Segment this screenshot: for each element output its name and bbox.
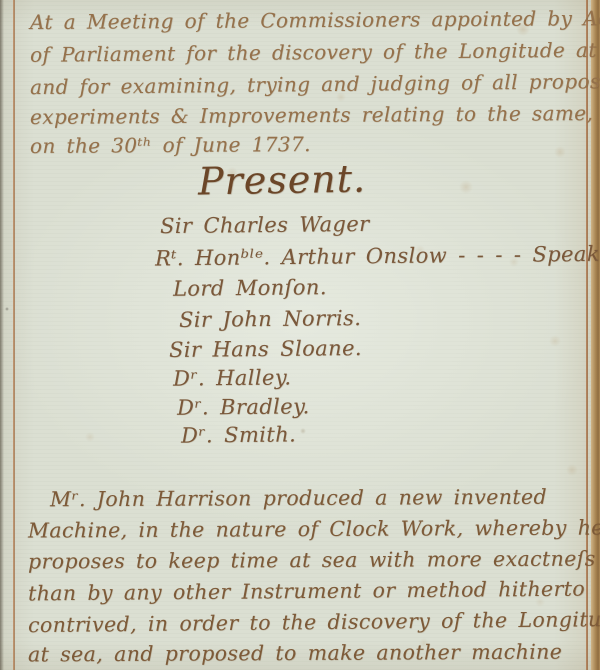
header-date-line: on the 30ᵗʰ of June 1737.: [30, 132, 311, 158]
body-line: Machine, in the nature of Clock Work, wh…: [28, 515, 600, 542]
body-line: than by any other Instrument or method h…: [28, 577, 585, 606]
attendee-name: Dʳ. Halley.: [173, 365, 292, 390]
body-line: Mʳ. John Harrison produced a new invente…: [50, 485, 547, 512]
header-line: of Parliament for the discovery of the L…: [30, 37, 600, 66]
header-line: experiments & Improvements relating to t…: [30, 101, 593, 129]
body-line: at sea, and proposed to make another mac…: [28, 640, 562, 667]
body-line: contrived, in order to the discovery of …: [28, 607, 600, 637]
header-line: and for examining, trying and judging of…: [30, 69, 600, 99]
body-line: proposes to keep time at sea with more e…: [28, 547, 596, 574]
page-left-edge: [0, 0, 4, 670]
attendee-name: Sir Hans Sloane.: [169, 336, 362, 362]
attendee-name: Lord Monſon.: [173, 275, 327, 301]
attendee-name: Dʳ. Smith.: [181, 422, 296, 447]
attendee-name: Rᵗ. Honᵇˡᵉ. Arthur Onslow - - - - Speake…: [155, 242, 600, 271]
present-heading: Present.: [198, 157, 367, 204]
header-line: At a Meeting of the Commissioners appoin…: [30, 6, 600, 34]
attendee-name: Sir Charles Wager: [160, 212, 370, 238]
attendee-name: Sir John Norris.: [179, 306, 362, 332]
margin-rule-left: [13, 0, 15, 670]
attendee-name: Dʳ. Bradley.: [177, 394, 310, 419]
manuscript-page: At a Meeting of the Commissioners appoin…: [0, 0, 600, 670]
